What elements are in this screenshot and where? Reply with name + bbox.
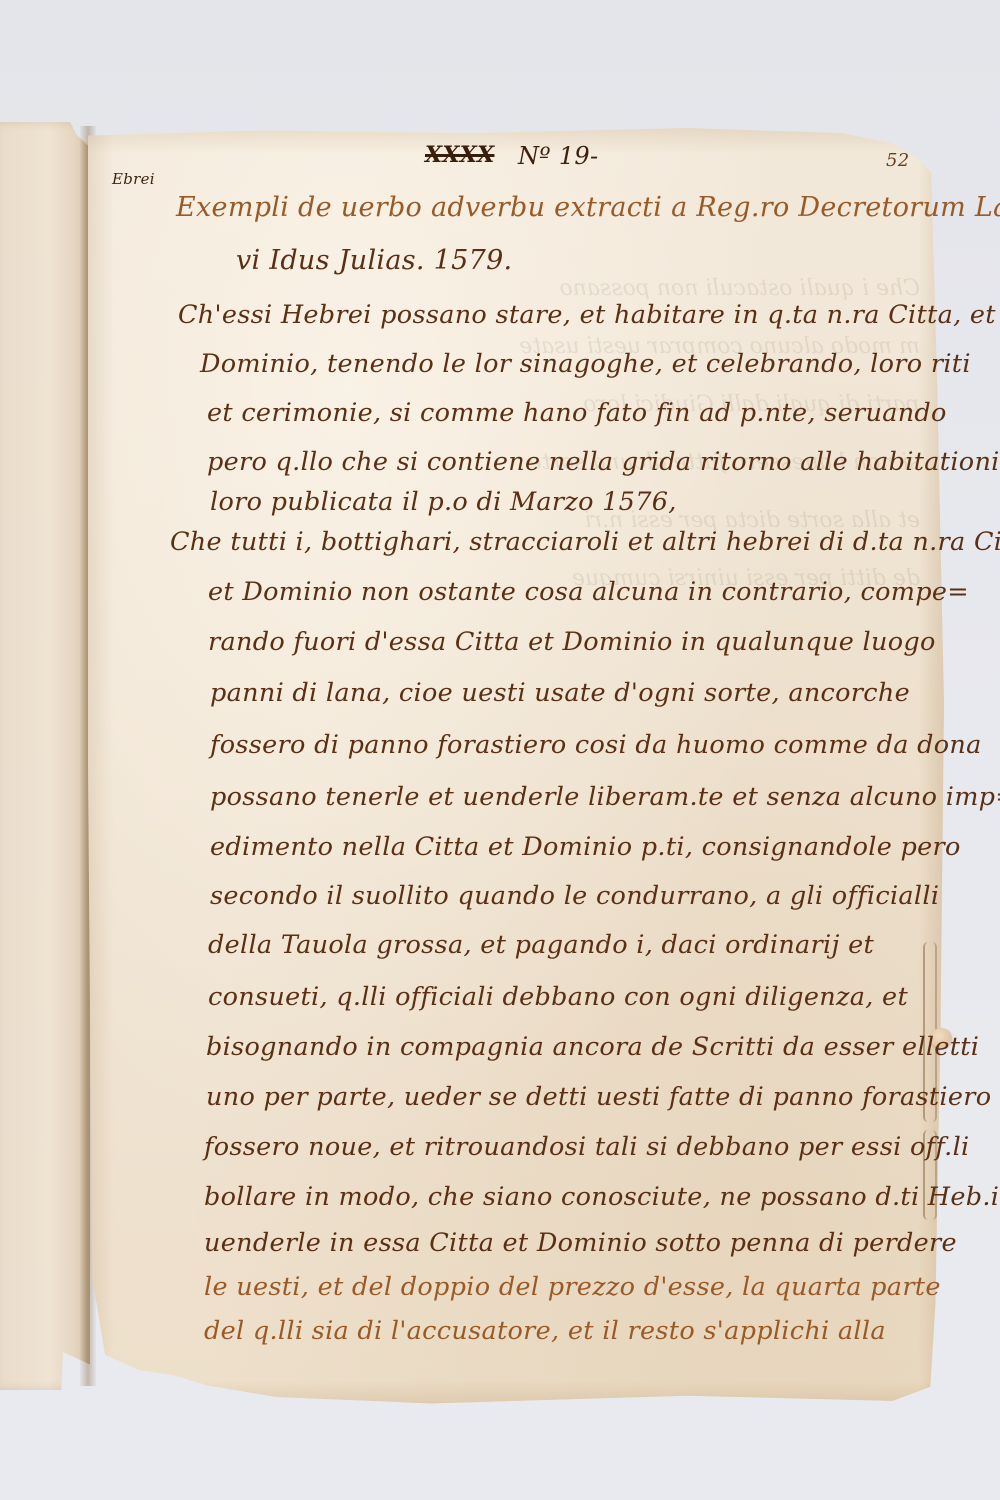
- heading-line-1: Exempli de uerbo adverbu extracti a Reg.…: [176, 192, 1000, 223]
- body-line: fossero noue, et ritrouandosi tali si de…: [204, 1132, 969, 1162]
- body-line: le uesti, et del doppio del prezzo d'ess…: [204, 1272, 941, 1302]
- body-line: Ch'essi Hebrei possano stare, et habitar…: [178, 300, 996, 330]
- struck-out-number: XXXX: [425, 142, 494, 168]
- body-line: pero q.llo che si contiene nella grida r…: [207, 447, 1000, 477]
- body-line: panni di lana, cioe uesti usate d'ogni s…: [210, 678, 910, 708]
- body-line: bisognando in compagnia ancora de Scritt…: [206, 1032, 979, 1062]
- body-line: uno per parte, ueder se detti uesti fatt…: [206, 1082, 991, 1112]
- margin-note: Ebrei: [112, 170, 155, 188]
- body-line: possano tenerle et uenderle liberam.te e…: [210, 782, 1000, 812]
- body-line: et cerimonie, si comme hano fato fin ad …: [207, 398, 947, 428]
- body-line: edimento nella Citta et Dominio p.ti, co…: [210, 832, 961, 862]
- body-line: del q.lli sia di l'accusatore, et il res…: [204, 1316, 886, 1346]
- body-line: bollare in modo, che siano conosciute, n…: [204, 1182, 999, 1212]
- body-line: rando fuori d'essa Citta et Dominio in q…: [208, 627, 936, 657]
- body-line: secondo il suollito quando le condurrano…: [210, 881, 939, 911]
- document-number: Nº 19-: [518, 142, 598, 170]
- previous-page-edge: [0, 122, 90, 1390]
- body-line: fossero di panno forastiero cosi da huom…: [210, 730, 982, 760]
- heading-line-2: vi Idus Julias. 1579.: [236, 245, 512, 276]
- body-line: et Dominio non ostante cosa alcuna in co…: [208, 577, 969, 607]
- body-line: uenderle in essa Citta et Dominio sotto …: [204, 1228, 957, 1258]
- folio-number: 52: [886, 150, 910, 171]
- body-line: loro publicata il p.o di Marzo 1576,: [210, 487, 677, 517]
- body-line: Che tutti i, bottighari, stracciaroli et…: [170, 527, 1000, 557]
- body-line: della Tauola grossa, et pagando i, daci …: [208, 930, 874, 960]
- body-line: consueti, q.lli officiali debbano con og…: [208, 982, 908, 1012]
- body-line: Dominio, tenendo le lor sinagoghe, et ce…: [200, 349, 971, 379]
